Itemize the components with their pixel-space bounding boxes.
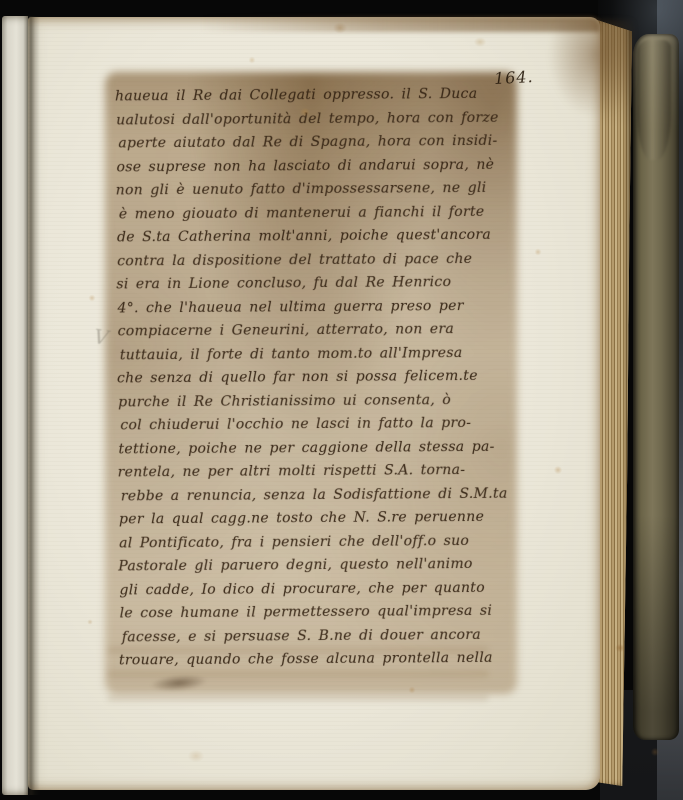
manuscript-line: purche il Re Christianissimo ui consenta… bbox=[118, 388, 526, 414]
manuscript-line: Pastorale gli paruero degni, questo nell… bbox=[118, 553, 526, 579]
manuscript-line: col chiuderui l'occhio ne lasci in fatto… bbox=[120, 412, 528, 438]
manuscript-line: trouare, quando che fosse alcuna prontel… bbox=[119, 647, 527, 673]
manuscript-line: tettione, poiche ne per caggione della s… bbox=[118, 435, 526, 461]
manuscript-line: per la qual cagg.ne tosto che N. S.re pe… bbox=[119, 506, 527, 532]
binding-gutter-shadow bbox=[26, 16, 40, 795]
manuscript-line: rentela, ne per altri molti rispetti S.A… bbox=[118, 459, 526, 485]
manuscript-line: le cose humane il permettessero qual'imp… bbox=[120, 600, 528, 626]
manuscript-page: 164. V haueua il Re dai Collegati oppres… bbox=[28, 17, 600, 790]
corner-stain bbox=[548, 20, 634, 118]
opposite-page-edge bbox=[2, 16, 28, 795]
manuscript-line: 4°. che l'haueua nel ultima guerra preso… bbox=[117, 294, 525, 320]
manuscript-line: tuttauia, il forte di tanto mom.to all'I… bbox=[120, 341, 528, 367]
manuscript-line: al Pontificato, fra i pensieri che dell'… bbox=[119, 529, 527, 555]
manuscript-line: aperte aiutato dal Re di Spagna, hora co… bbox=[118, 130, 526, 156]
manuscript-line: ose suprese non ha lasciato di andarui s… bbox=[116, 153, 524, 179]
photo-frame: 164. V haueua il Re dai Collegati oppres… bbox=[0, 0, 683, 800]
manuscript-line: rebbe a renuncia, senza la Sodisfattione… bbox=[121, 482, 529, 508]
book-fore-edge-pages bbox=[597, 20, 632, 786]
manuscript-line: de S.ta Catherina molt'anni, poiche ques… bbox=[117, 224, 525, 250]
cloth-fold bbox=[637, 40, 671, 160]
top-edge-stain bbox=[200, 17, 600, 32]
manuscript-line: si era in Lione concluso, fu dal Re Henr… bbox=[116, 271, 524, 297]
manuscript-line: haueua il Re dai Collegati oppresso. il … bbox=[115, 83, 523, 109]
manuscript-line: non gli è uenuto fatto d'impossessarsene… bbox=[116, 177, 524, 203]
handwritten-text-block: haueua il Re dai Collegati oppresso. il … bbox=[116, 83, 528, 673]
manuscript-line: che senza di quello far non si possa fel… bbox=[117, 365, 525, 391]
book-cover-cloth bbox=[633, 34, 679, 740]
manuscript-line: ualutosi dall'oportunità del tempo, hora… bbox=[116, 106, 524, 132]
manuscript-line: facesse, e si persuase S. B.ne di douer … bbox=[122, 623, 530, 649]
manuscript-line: compiacerne i Geneurini, atterrato, non … bbox=[118, 318, 526, 344]
manuscript-line: contra la dispositione del trattato di p… bbox=[117, 247, 525, 273]
manuscript-line: è meno giouato di mantenerui a fianchi i… bbox=[119, 200, 527, 226]
manuscript-line: gli cadde, Io dico di procurare, che per… bbox=[119, 576, 527, 602]
